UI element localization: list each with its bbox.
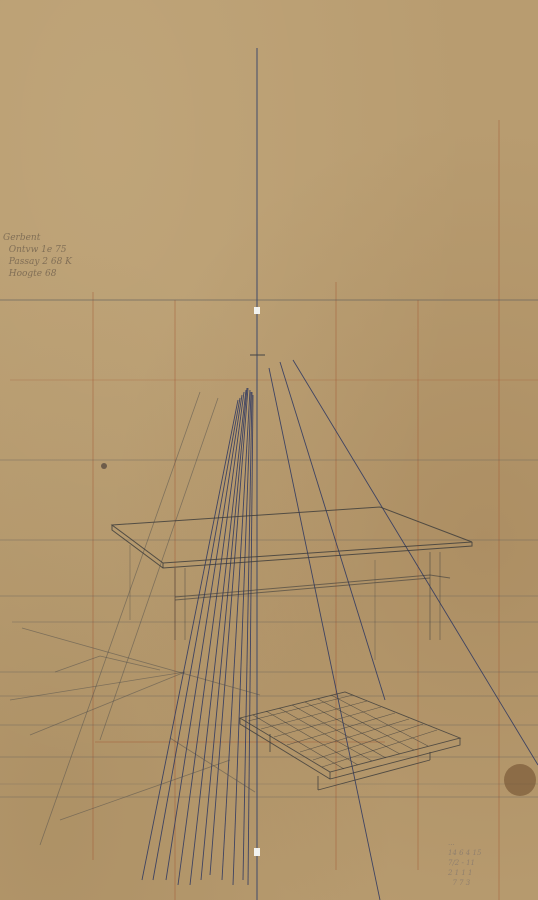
stain	[504, 764, 536, 796]
pin-bottom	[254, 848, 260, 856]
horizontal-rules	[0, 300, 538, 797]
pin-top	[254, 307, 260, 314]
gridded-board	[240, 692, 460, 790]
perspective-drawing	[0, 0, 538, 900]
converging-blue-lines	[142, 360, 538, 900]
drawing-sheet: Gerbent Ontvw 1e 75 Passay 2 68 K Hoogte…	[0, 0, 538, 900]
red-grid-lines	[10, 120, 538, 900]
handwritten-note-bottom-right: ... 14 6 4 15 7/2 - 11 2 1 1 1 7 7 3	[448, 838, 481, 888]
handwritten-note-top-left: Gerbent Ontvw 1e 75 Passay 2 68 K Hoogte…	[3, 232, 72, 280]
